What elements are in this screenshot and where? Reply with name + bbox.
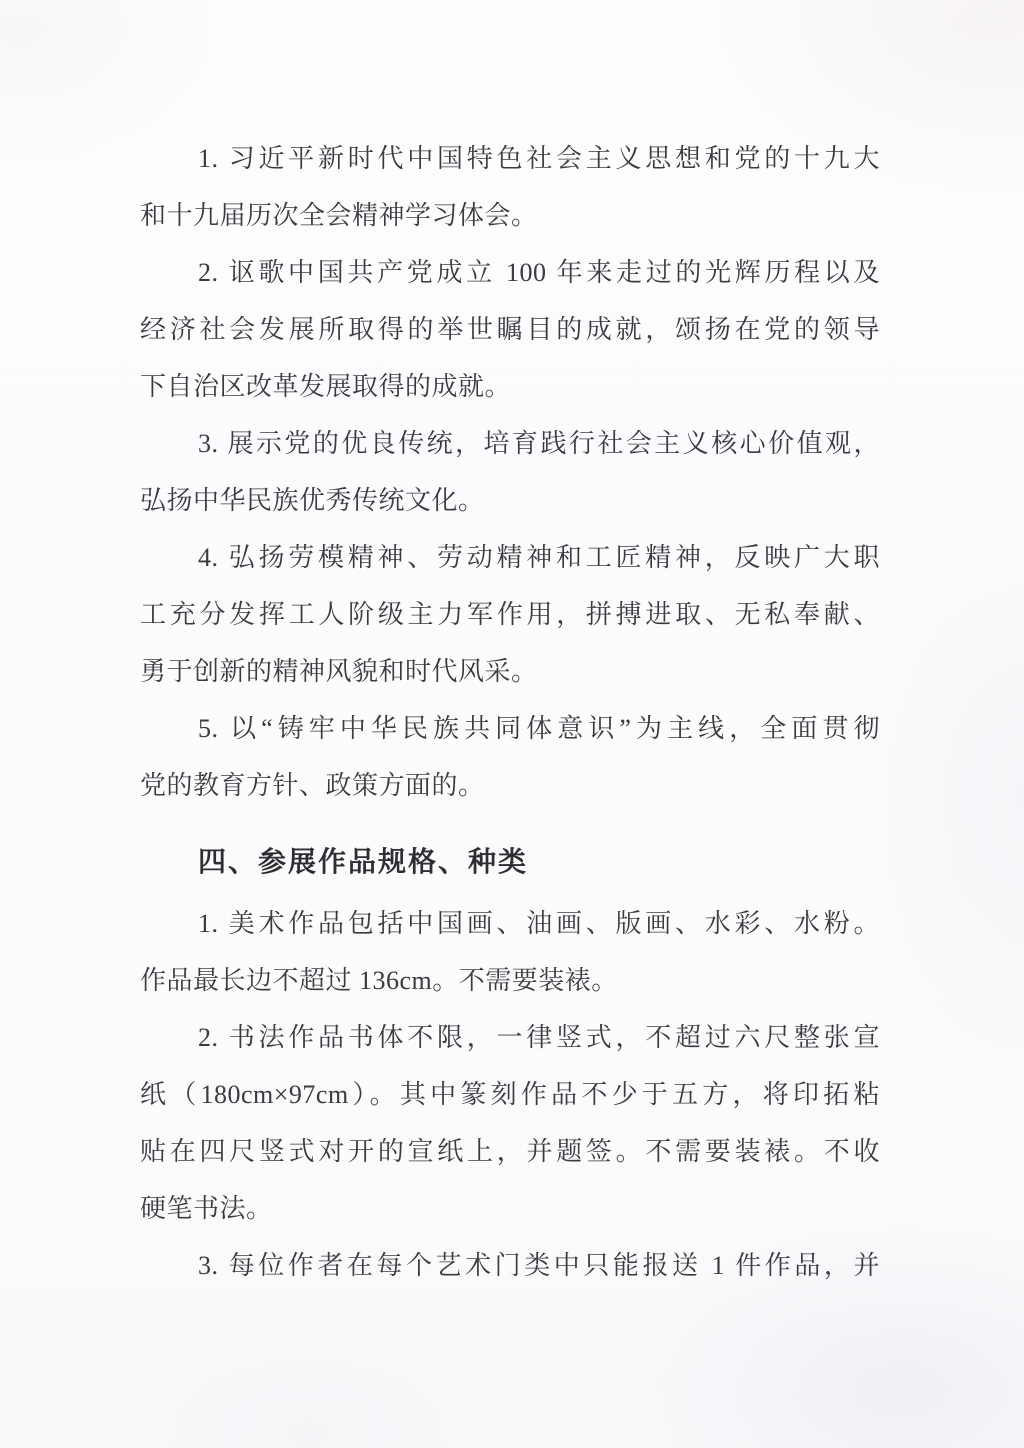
text-line: 工充分发挥工人阶级主力军作用，拼搏进取、无私奉献、 (140, 586, 880, 643)
paragraph-item-6: 1. 美术作品包括中国画、油画、版画、水彩、水粉。作品最长边不超过 136cm。… (140, 895, 880, 1009)
text-line: 弘扬中华民族优秀传统文化。 (140, 472, 880, 529)
paragraph-item-2: 2. 讴歌中国共产党成立 100 年来走过的光辉历程以及经济社会发展所取得的举世… (140, 244, 880, 415)
text-line: 1. 习近平新时代中国特色社会主义思想和党的十九大 (140, 130, 880, 187)
text-line: 5. 以“铸牢中华民族共同体意识”为主线，全面贯彻 (140, 700, 880, 757)
paragraph-item-7: 2. 书法作品书体不限，一律竖式，不超过六尺整张宣纸（180cm×97cm）。其… (140, 1009, 880, 1237)
paragraph-item-5: 5. 以“铸牢中华民族共同体意识”为主线，全面贯彻党的教育方针、政策方面的。 (140, 700, 880, 814)
text-line: 4. 弘扬劳模精神、劳动精神和工匠精神，反映广大职 (140, 529, 880, 586)
paragraph-item-4: 4. 弘扬劳模精神、劳动精神和工匠精神，反映广大职工充分发挥工人阶级主力军作用，… (140, 529, 880, 700)
text-line: 3. 每位作者在每个艺术门类中只能报送 1 件作品，并 (140, 1237, 880, 1294)
text-line: 硬笔书法。 (140, 1180, 880, 1237)
paragraph-item-8: 3. 每位作者在每个艺术门类中只能报送 1 件作品，并 (140, 1237, 880, 1294)
text-line: 经济社会发展所取得的举世瞩目的成就，颂扬在党的领导 (140, 301, 880, 358)
document-page: 1. 习近平新时代中国特色社会主义思想和党的十九大和十九届历次全会精神学习体会。… (0, 0, 1024, 1448)
text-line: 下自治区改革发展取得的成就。 (140, 358, 880, 415)
text-line: 作品最长边不超过 136cm。不需要装裱。 (140, 952, 880, 1009)
text-line: 勇于创新的精神风貌和时代风采。 (140, 643, 880, 700)
text-line: 党的教育方针、政策方面的。 (140, 757, 880, 814)
text-line: 四、参展作品规格、种类 (140, 833, 880, 890)
paragraph-item-3: 3. 展示党的优良传统，培育践行社会主义核心价值观，弘扬中华民族优秀传统文化。 (140, 415, 880, 529)
text-line: 2. 书法作品书体不限，一律竖式，不超过六尺整张宣 (140, 1009, 880, 1066)
text-line: 3. 展示党的优良传统，培育践行社会主义核心价值观， (140, 415, 880, 472)
text-line: 2. 讴歌中国共产党成立 100 年来走过的光辉历程以及 (140, 244, 880, 301)
text-line: 1. 美术作品包括中国画、油画、版画、水彩、水粉。 (140, 895, 880, 952)
text-line: 贴在四尺竖式对开的宣纸上，并题签。不需要装裱。不收 (140, 1123, 880, 1180)
paragraph-item-1: 1. 习近平新时代中国特色社会主义思想和党的十九大和十九届历次全会精神学习体会。 (140, 130, 880, 244)
text-line: 和十九届历次全会精神学习体会。 (140, 187, 880, 244)
section-heading-4: 四、参展作品规格、种类 (140, 833, 880, 890)
text-line: 纸（180cm×97cm）。其中篆刻作品不少于五方，将印拓粘 (140, 1066, 880, 1123)
document-body: 1. 习近平新时代中国特色社会主义思想和党的十九大和十九届历次全会精神学习体会。… (140, 130, 880, 1294)
